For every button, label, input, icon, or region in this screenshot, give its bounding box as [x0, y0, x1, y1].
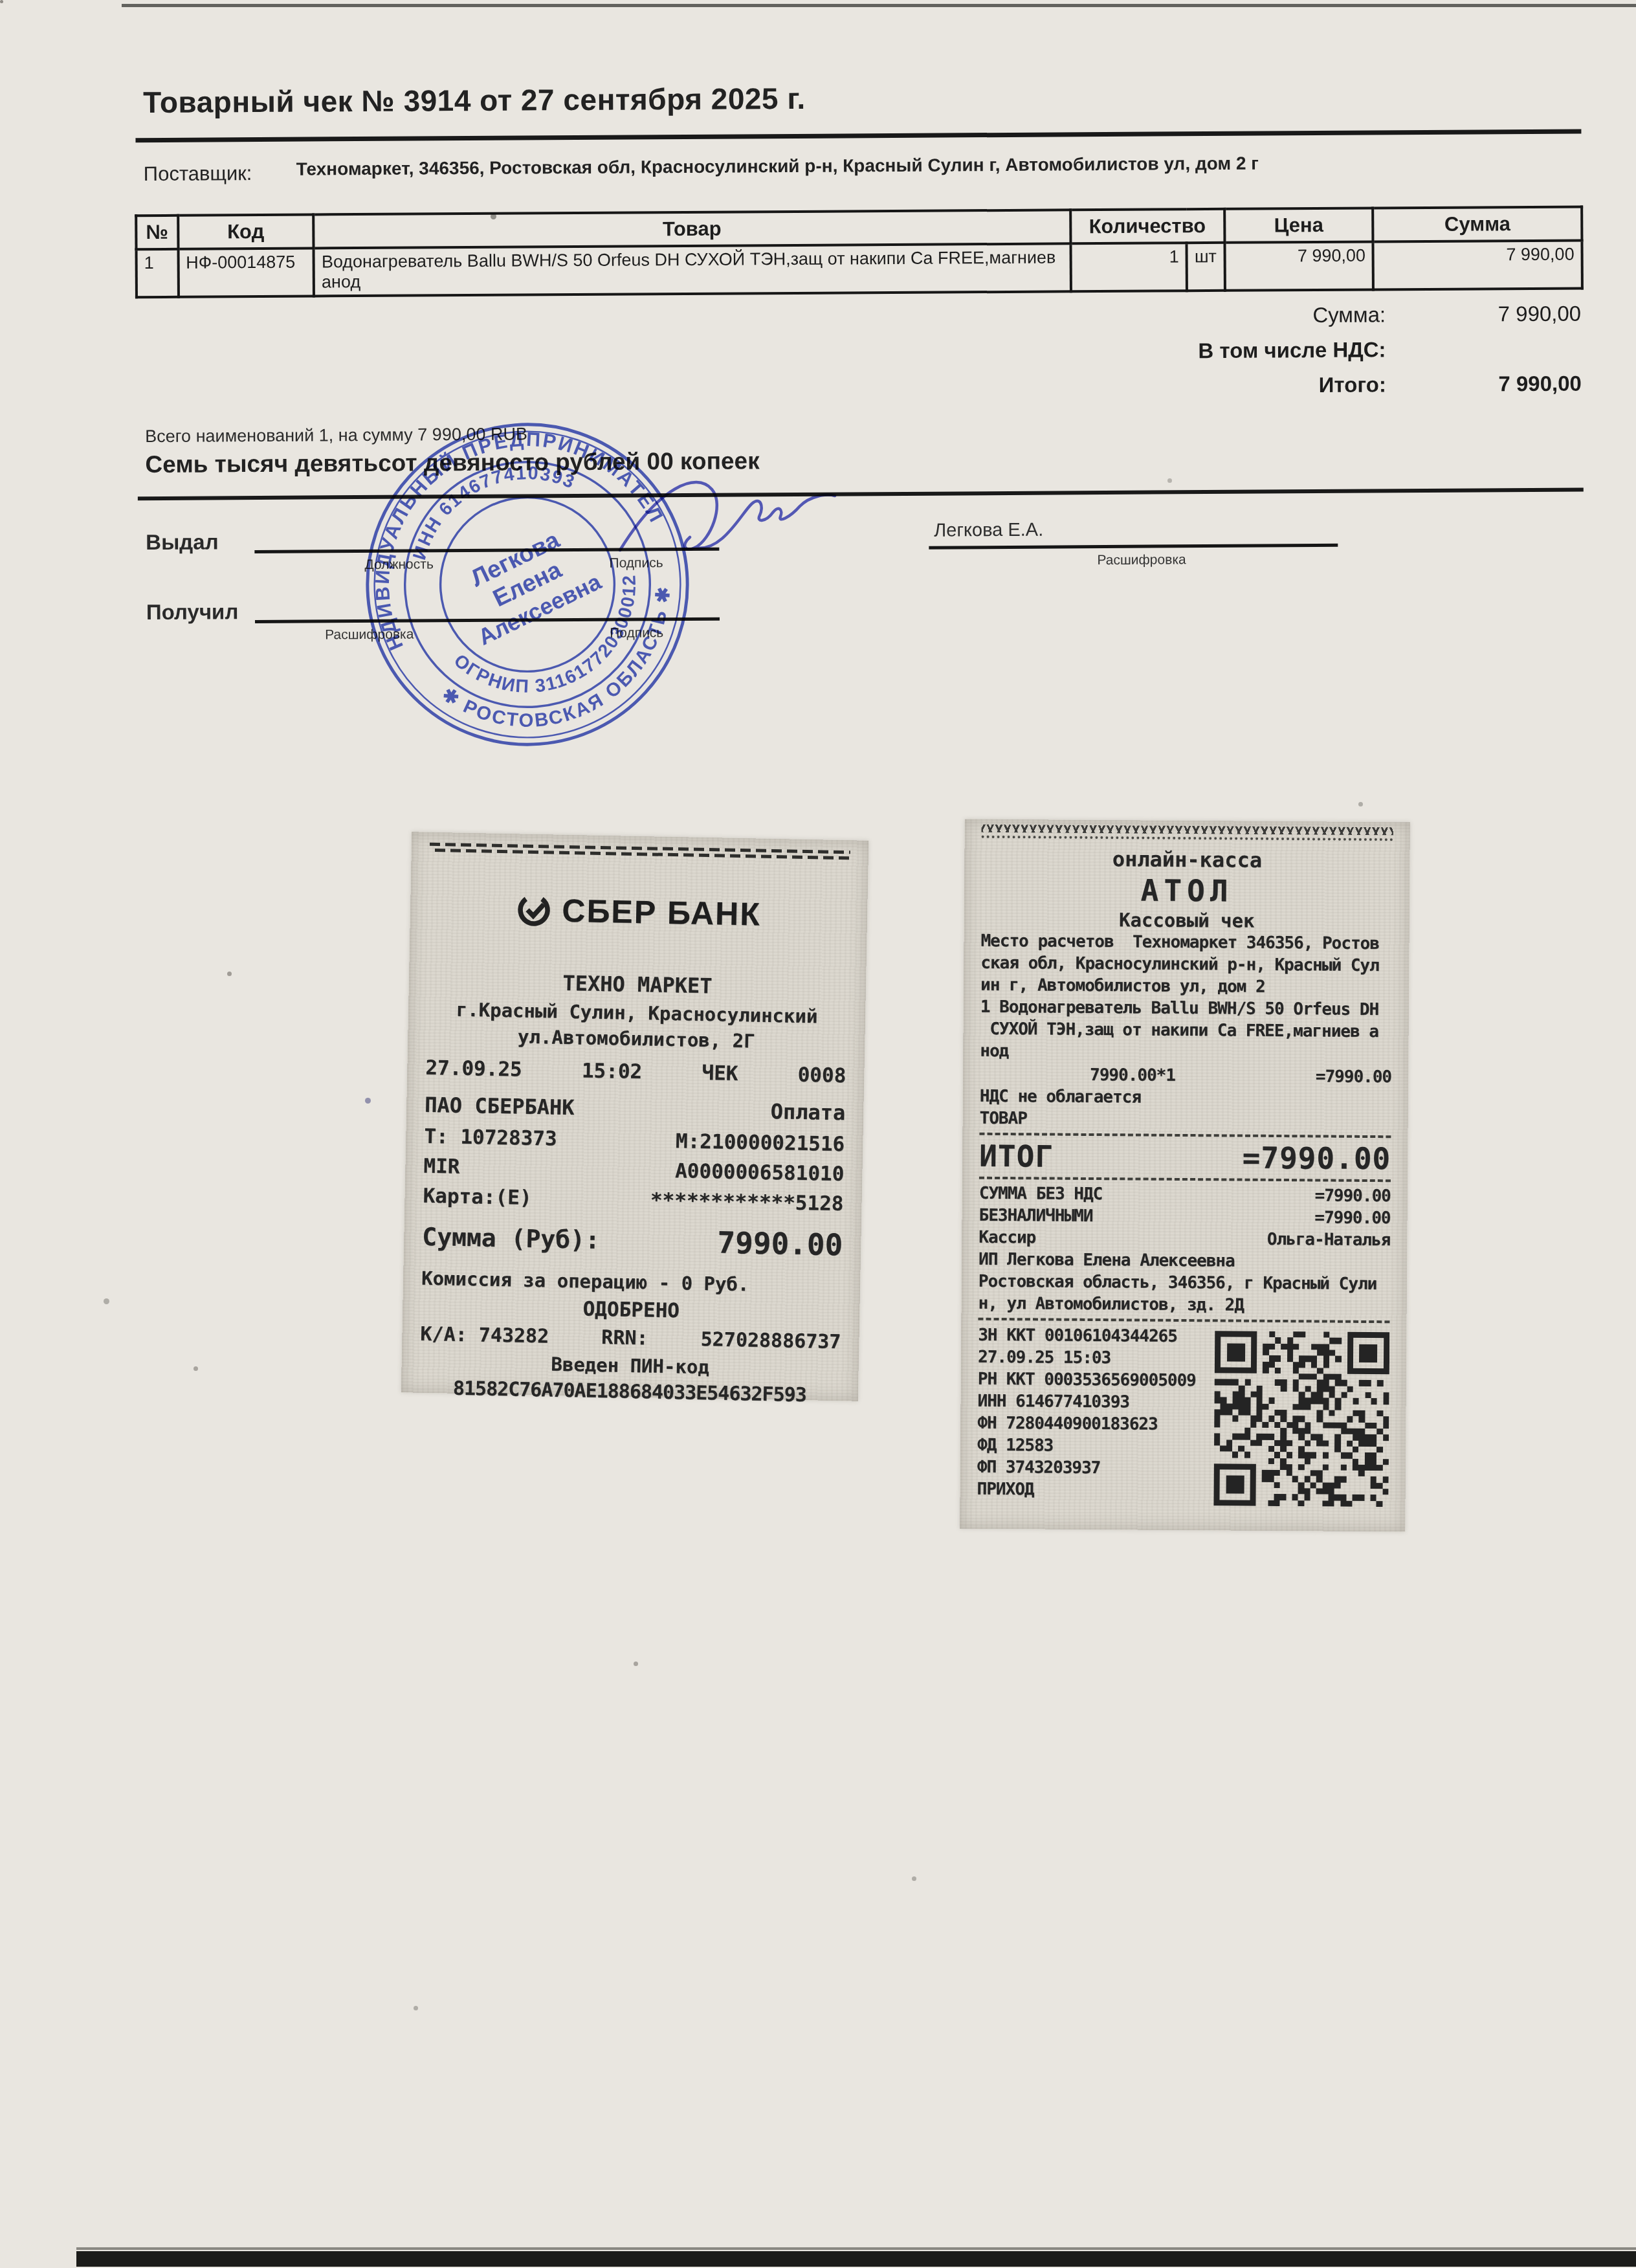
item-qty-price: 7990.00*1: [1090, 1064, 1175, 1087]
total-vat-label: В том числе НДС:: [1198, 337, 1386, 363]
cell-sum: 7 990,00: [1373, 241, 1582, 290]
round-stamp: ИНДИВИДУАЛЬНЫЙ ПРЕДПРИНИМАТЕЛЬ ✱ РОСТОВС…: [362, 419, 692, 750]
item-line1: 1 Водонагреватель Ballu BWH/S 50 Orfeus …: [980, 996, 1392, 1021]
cell-unit: шт: [1187, 243, 1225, 291]
fd-number: ФД 12583: [977, 1434, 1195, 1458]
cashier-name: Ольга-Наталья: [1267, 1228, 1391, 1251]
sberbank-check-circle-icon: [516, 892, 552, 928]
approved-status: ОДОБРЕНО: [421, 1295, 842, 1326]
operation-kind: ПРИХОД: [977, 1478, 1195, 1502]
col-header-product: Товар: [313, 210, 1070, 248]
items-table: № Код Товар Количество Цена Сумма 1 НФ-0…: [135, 206, 1584, 299]
online-kassa-header: онлайн-касса: [981, 846, 1393, 873]
item-line3: нод: [980, 1040, 1391, 1065]
slip-time: 15:02: [582, 1059, 643, 1084]
operation-type: Оплата: [770, 1099, 845, 1125]
section-divider: [138, 488, 1584, 501]
supplier-label: Поставщик:: [144, 162, 252, 186]
col-header-code: Код: [178, 214, 314, 249]
qr-code: [1213, 1331, 1389, 1507]
fp-number: ФП 3743203937: [977, 1456, 1195, 1480]
kkt-serial-number: ЗН ККТ 00106104344265: [978, 1324, 1196, 1348]
cell-num: 1: [137, 249, 179, 297]
col-header-price: Цена: [1224, 208, 1373, 242]
supplier-value: Техномаркет, 346356, Ростовская обл, Кра…: [296, 151, 1565, 180]
sberbank-payment-slip: СБЕР БАНК ТЕХНО МАРКЕТ г.Красный Сулин, …: [401, 832, 868, 1401]
slip-check-label: ЧЕК: [702, 1062, 738, 1085]
place-of-payment-line1: Место расчетов Техномаркет 346356, Росто…: [980, 930, 1392, 955]
rrn-number: 527028886737: [700, 1328, 841, 1353]
commission-line: Комиссия за операцию - 0 Руб.: [421, 1267, 843, 1297]
total-sum-value: 7 990,00: [1498, 302, 1582, 327]
item-line2: СУХОЙ ТЭН,защ от накипи Ca FREE,магниев …: [980, 1018, 1391, 1043]
atol-brand: АТОЛ: [981, 872, 1393, 909]
sum-without-vat-value: =7990.00: [1314, 1184, 1390, 1207]
total-sum-label: Сумма:: [1312, 302, 1386, 328]
title-divider: [135, 129, 1581, 143]
merchant-number: М:210000021516: [676, 1129, 845, 1156]
doc-type: Кассовый чек: [981, 908, 1393, 933]
separator-line: [979, 1177, 1391, 1182]
receipt-perforation-line: [982, 836, 1393, 841]
received-label: Получил: [146, 599, 239, 625]
fn-number: ФН 7280440900183623: [977, 1412, 1195, 1436]
item-line-sum: =7990.00: [1316, 1065, 1391, 1088]
slip-tear-line: [430, 843, 850, 861]
card-system: MIR: [423, 1155, 460, 1179]
cell-qty: 1: [1070, 243, 1187, 291]
organization-name: ИП Легкова Елена Алексеевна: [978, 1249, 1390, 1273]
sum-without-vat-label: СУММА БЕЗ НДС: [979, 1183, 1103, 1205]
store-address-line2: ул.Автомобилистов, 2Г: [426, 1024, 847, 1054]
place-of-payment-line2: ская обл, Красносулинский р-н, Красный С…: [980, 952, 1392, 977]
slip-date: 27.09.25: [425, 1056, 522, 1082]
cashier-label: Кассир: [978, 1227, 1035, 1249]
place-of-payment-line3: ин г, Автомобилистов ул, дом 2: [980, 974, 1392, 999]
card-aid: A0000006581010: [675, 1159, 845, 1186]
amount-value: 7990.00: [717, 1225, 843, 1262]
organization-address-line1: Ростовская область, 346356, г Красный Су…: [978, 1271, 1390, 1295]
col-header-num: №: [136, 216, 178, 249]
issued-name: Легкова Е.А.: [934, 520, 1043, 542]
item-type: ТОВАР: [979, 1107, 1391, 1132]
rrn-label: RRN:: [601, 1326, 648, 1350]
fiscal-datetime: 27.09.25 15:03: [978, 1346, 1196, 1370]
total-value: 7 990,00: [1498, 372, 1582, 397]
sberbank-logo: СБЕР БАНК: [428, 889, 850, 935]
cell-product: Водонагреватель Ballu BWH/S 50 Orfeus DH…: [314, 243, 1071, 296]
bank-name: ПАО СБЕРБАНК: [425, 1093, 575, 1120]
total-value: =7990.00: [1242, 1140, 1391, 1177]
issued-name-line: [929, 544, 1338, 550]
scanned-sales-receipt-page: Товарный чек № 3914 от 27 сентября 2025 …: [0, 0, 1636, 2268]
pin-entered-line: Введен ПИН-код: [419, 1351, 841, 1381]
col-header-sum: Сумма: [1373, 207, 1582, 242]
kkt-reg-number: РН ККТ 0003536569005009: [978, 1368, 1196, 1392]
card-masked-number: ************5128: [650, 1188, 844, 1216]
amount-label: Сумма (Руб):: [422, 1223, 600, 1254]
cell-price: 7 990,00: [1224, 241, 1373, 290]
atol-fiscal-receipt: онлайн-касса АТОЛ Кассовый чек Место рас…: [960, 819, 1410, 1532]
page-title: Товарный чек № 3914 от 27 сентября 2025 …: [143, 81, 806, 120]
slip-check-number: 0008: [797, 1063, 846, 1087]
sberbank-logo-text: СБЕР БАНК: [562, 892, 761, 933]
vat-note: НДС не облагается: [980, 1085, 1391, 1110]
terminal-number: Т: 10728373: [424, 1125, 557, 1151]
store-address-line1: г.Красный Сулин, Красносулинский: [426, 998, 848, 1028]
table-row: 1 НФ-00014875 Водонагреватель Ballu BWH/…: [137, 241, 1582, 298]
store-name: ТЕХНО МАРКЕТ: [427, 968, 848, 1001]
issued-label: Выдал: [146, 529, 219, 555]
organization-address-line2: н, ул Автомобилистов, зд. 2Д: [978, 1293, 1389, 1317]
cashless-value: =7990.00: [1314, 1206, 1390, 1229]
total-label: ИТОГ: [979, 1139, 1054, 1174]
decryption-caption-1: Расшифровка: [1097, 552, 1186, 568]
cell-code: НФ-00014875: [178, 248, 314, 296]
inn-number: ИНН 614677410393: [977, 1390, 1195, 1414]
col-header-qty: Количество: [1070, 209, 1224, 243]
separator-line: [978, 1318, 1389, 1323]
separator-line: [979, 1133, 1391, 1138]
receipt-torn-edge: [982, 825, 1393, 835]
cashless-label: БЕЗНАЛИЧНЫМИ: [978, 1205, 1092, 1227]
total-label: Итого:: [1319, 372, 1386, 397]
ka-number: К/А: 743282: [420, 1323, 549, 1348]
card-label: Карта:(E): [423, 1184, 532, 1210]
